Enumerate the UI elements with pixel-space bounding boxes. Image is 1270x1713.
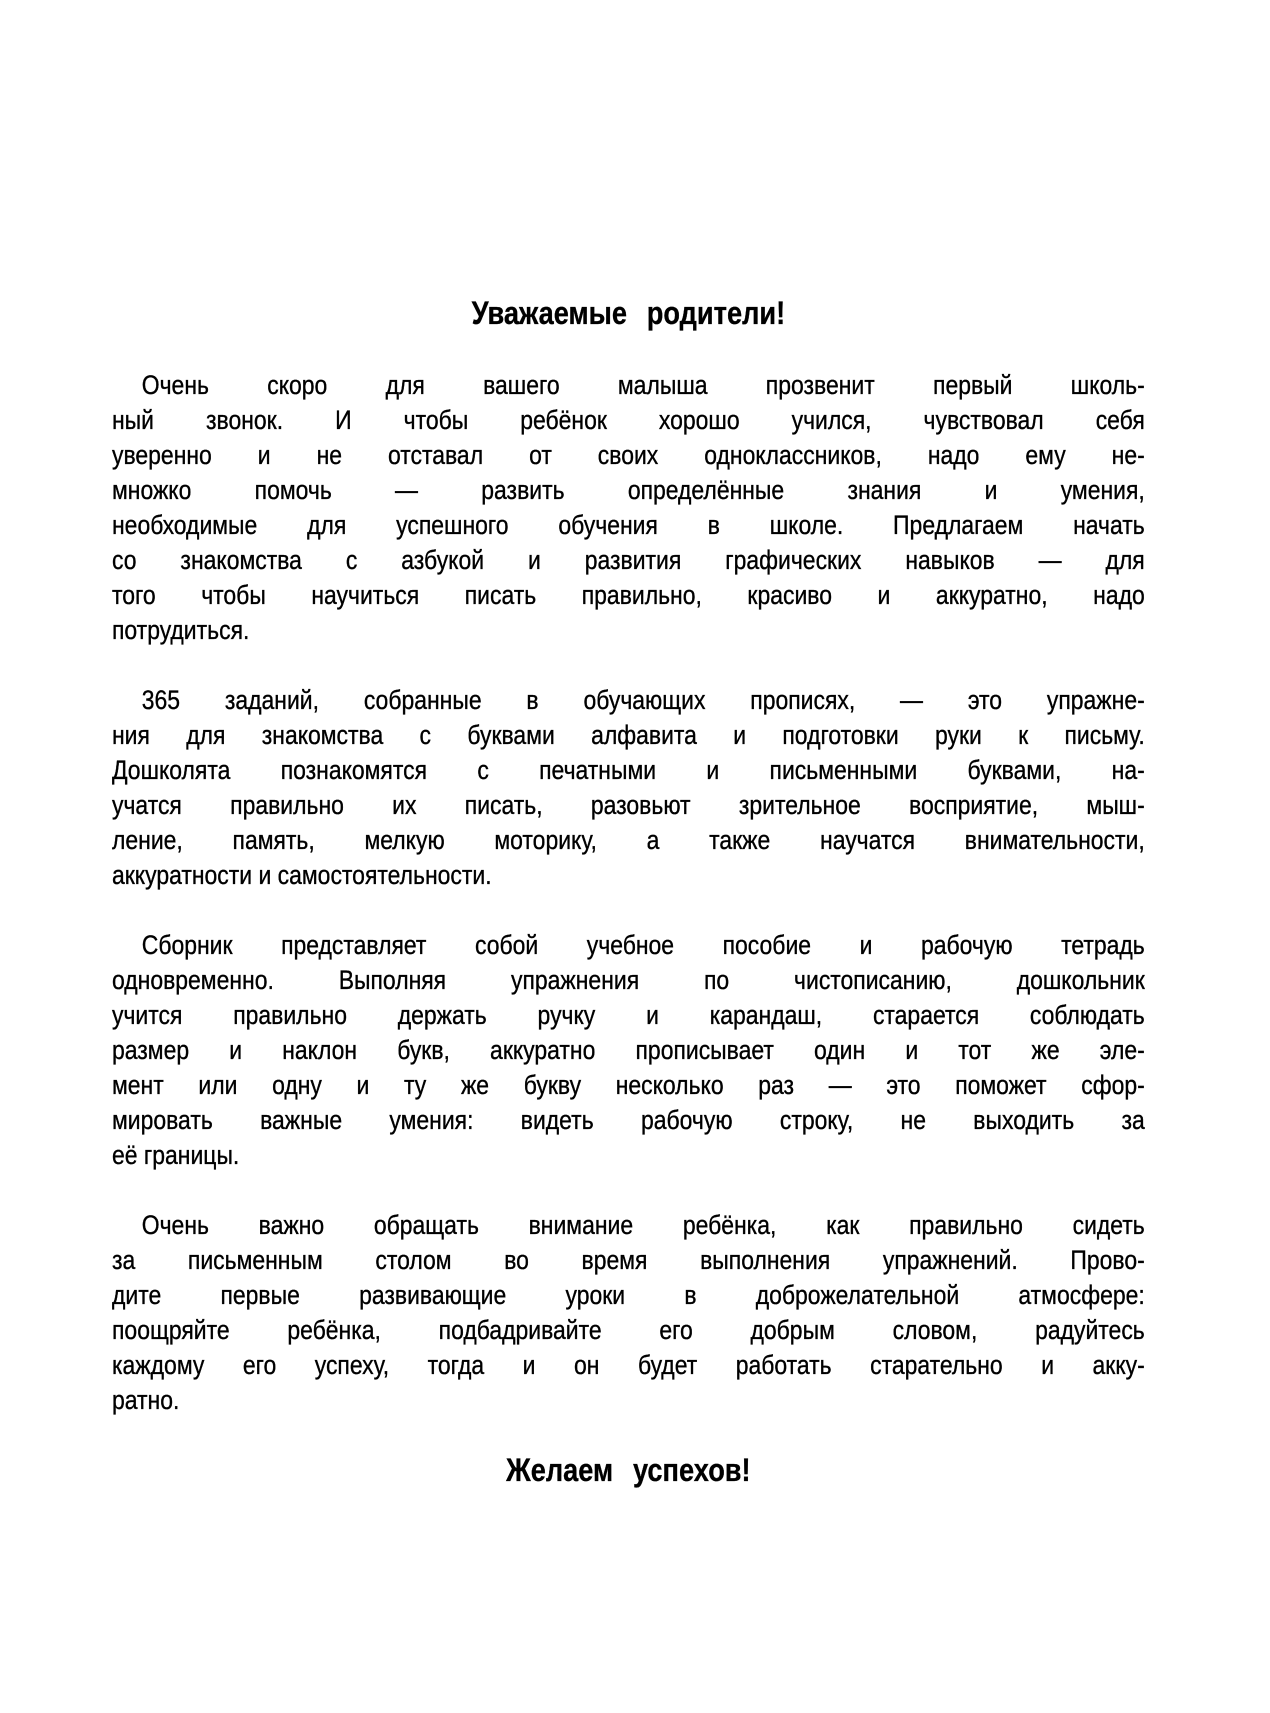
text-line: Очень важно обращать внимание ребёнка, к… xyxy=(112,1208,1145,1243)
paragraph: Очень важно обращать внимание ребёнка, к… xyxy=(112,1208,1145,1418)
text-line: ратно. xyxy=(112,1383,1145,1418)
body-paragraphs: Очень скоро для вашего малыша прозвенит … xyxy=(112,368,1145,1418)
paragraph: 365 заданий, собранные в обучающих пропи… xyxy=(112,683,1145,893)
text-line: Сборник представляет собой учебное пособ… xyxy=(112,928,1145,963)
text-line: её границы. xyxy=(112,1138,1145,1173)
text-line: уверенно и не отставал от своих одноклас… xyxy=(112,438,1145,473)
text-line: Дошколята познакомятся с печатными и пис… xyxy=(112,753,1145,788)
text-line: того чтобы научиться писать правильно, к… xyxy=(112,578,1145,613)
text-line: ный звонок. И чтобы ребёнок хорошо училс… xyxy=(112,403,1145,438)
text-line: потрудиться. xyxy=(112,613,1145,648)
page-title: Уважаемые родители! xyxy=(112,296,1145,331)
text-line: аккуратности и самостоятельности. xyxy=(112,858,1145,893)
text-line: каждому его успеху, тогда и он будет раб… xyxy=(112,1348,1145,1383)
text-line: за письменным столом во время выполнения… xyxy=(112,1243,1145,1278)
book-page: Уважаемые родители! Очень скоро для ваше… xyxy=(0,0,1270,1713)
text-line: одновременно. Выполняя упражнения по чис… xyxy=(112,963,1145,998)
paragraph: Очень скоро для вашего малыша прозвенит … xyxy=(112,368,1145,648)
paragraph: Сборник представляет собой учебное пособ… xyxy=(112,928,1145,1173)
text-line: поощряйте ребёнка, подбадривайте его доб… xyxy=(112,1313,1145,1348)
text-line: учится правильно держать ручку и каранда… xyxy=(112,998,1145,1033)
closing-title: Желаем успехов! xyxy=(112,1453,1145,1488)
text-line: ния для знакомства с буквами алфавита и … xyxy=(112,718,1145,753)
text-line: мент или одну и ту же букву несколько ра… xyxy=(112,1068,1145,1103)
text-column: Уважаемые родители! Очень скоро для ваше… xyxy=(112,0,1145,1488)
text-line: множко помочь — развить определённые зна… xyxy=(112,473,1145,508)
text-line: размер и наклон букв, аккуратно прописыв… xyxy=(112,1033,1145,1068)
text-line: ление, память, мелкую моторику, а также … xyxy=(112,823,1145,858)
text-line: со знакомства с азбукой и развития графи… xyxy=(112,543,1145,578)
text-line: дите первые развивающие уроки в доброжел… xyxy=(112,1278,1145,1313)
text-line: необходимые для успешного обучения в шко… xyxy=(112,508,1145,543)
text-line: учатся правильно их писать, разовьют зри… xyxy=(112,788,1145,823)
text-line: мировать важные умения: видеть рабочую с… xyxy=(112,1103,1145,1138)
text-line: 365 заданий, собранные в обучающих пропи… xyxy=(112,683,1145,718)
text-line: Очень скоро для вашего малыша прозвенит … xyxy=(112,368,1145,403)
